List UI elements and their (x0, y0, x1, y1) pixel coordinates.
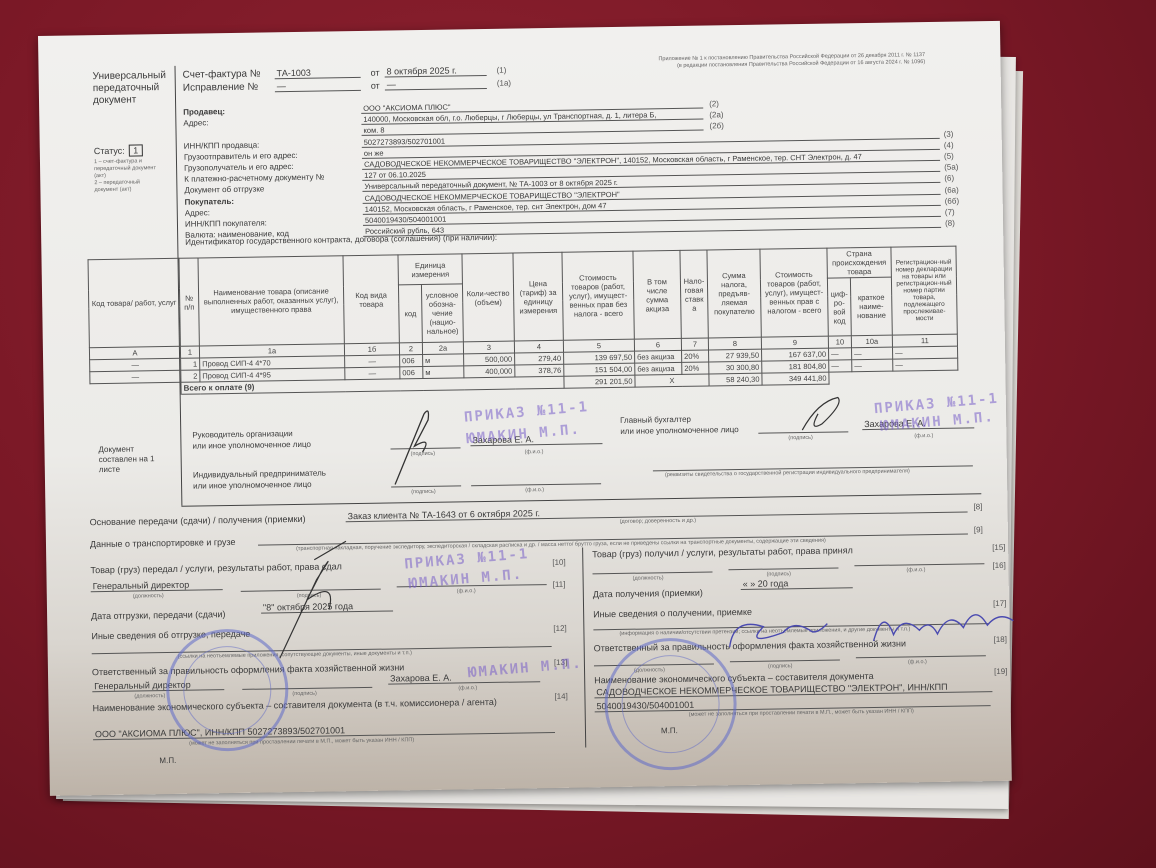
receive-date-label: Дата получения (приемки) (593, 588, 703, 600)
field-code: (2а) (709, 110, 723, 119)
sign-hint: (подпись) (768, 663, 793, 669)
chief-accountant-signature-icon (798, 393, 849, 434)
col-country-name: краткое наиме-нование (850, 277, 892, 336)
fio-hint: (ф.и.о.) (525, 487, 544, 493)
column-number: 4 (514, 340, 563, 353)
receive-date-value: « » 20 года (741, 577, 853, 590)
status-value: 1 (129, 144, 143, 156)
col-unit-code: код (398, 285, 422, 343)
cell-price: 279,40 (515, 352, 564, 365)
field-code: [14] (554, 692, 567, 701)
field-code: (3) (944, 129, 954, 138)
cell-price: 378,76 (515, 364, 564, 377)
handed-signature-icon (276, 539, 358, 660)
column-number: 10 (828, 336, 851, 348)
field-code: (7) (945, 208, 955, 217)
column-number: 3 (463, 341, 514, 354)
fio-hint: (ф.и.о.) (914, 433, 933, 439)
head-label: Руководитель организацииили иное уполном… (192, 428, 311, 452)
cell-qty: 500,000 (464, 353, 515, 366)
fio-hint: (ф.и.о.) (908, 659, 927, 665)
cell-tax-sum: 27 939,50 (709, 349, 762, 362)
from-label: от (371, 81, 380, 91)
col-reg-no: Регистрацион-ный номер декларации на тов… (891, 246, 957, 335)
column-number: 9 (761, 336, 828, 349)
column-number: 8 (708, 337, 761, 350)
cell-unit-name: м (423, 366, 464, 379)
col-cost-with-tax: Стоимость товаров (работ, услуг), имущес… (760, 248, 828, 337)
sign-hint: (подпись) (411, 489, 436, 495)
fio-hint: (ф.и.о.) (458, 685, 477, 691)
cell-cost-no-tax: 151 504,00 (564, 363, 635, 376)
col-row-no: № п/п (179, 258, 199, 346)
field-code: [15] (992, 543, 1005, 552)
field-code: (6б) (945, 196, 959, 205)
column-number: 6 (634, 338, 681, 351)
column-number: 1б (344, 343, 399, 356)
basis-label: Основание передачи (сдачи) / получения (… (90, 514, 306, 527)
cell-unit-code: 006 (400, 354, 423, 366)
column-number: 1 (180, 346, 199, 358)
doc-sheets-note: Документсоставлен на 1листе (98, 444, 154, 475)
cell-reg-no: — (892, 346, 957, 359)
cell-kind-code: — (345, 355, 400, 368)
column-number: 2а (422, 342, 463, 355)
center-divider (582, 548, 586, 748)
requisite-label: Документ об отгрузке (184, 185, 264, 195)
cell-unit-code: 006 (400, 366, 423, 378)
requisite-label: Грузополучатель и его адрес: (184, 162, 294, 173)
field-code: (4) (944, 140, 954, 149)
cell-excise: без акциза (635, 350, 682, 363)
field-code: (8) (945, 219, 955, 228)
cell-row-no: 2 (181, 370, 200, 382)
col-price: Цена (тариф) за единицу измерения (513, 252, 563, 341)
field-code: (2б) (709, 122, 723, 131)
total-cost-with-tax: 349 441,80 (762, 372, 829, 385)
total-excise: Х (635, 374, 709, 387)
requisite-label: ИНН/КПП продавца: (184, 140, 260, 150)
field-code: [11] (553, 580, 566, 589)
col-unit-name: условное обозна-чение (нацио-нальное) (421, 284, 463, 343)
invoice-date: 8 октября 2025 г. (385, 65, 487, 78)
ip-name-line (471, 483, 601, 486)
transport-label: Данные о транспортировке и грузе (90, 537, 236, 549)
status-label: Статус: (94, 146, 125, 156)
col-country: Страна происхождения товара (827, 247, 891, 278)
col-tax-rate: Нало-говая ставк а (680, 250, 708, 338)
field-code: [8] (973, 502, 982, 511)
column-number: 5 (563, 339, 634, 352)
field-code: (5) (944, 152, 954, 161)
column-number: 11 (892, 334, 957, 347)
field-code: (1а) (497, 79, 511, 88)
field-code: (6) (944, 174, 954, 183)
status-legend: 1 – счет-фактура ипередаточный документ(… (94, 158, 156, 194)
received-label: Товар (груз) получил / услуги, результат… (592, 545, 853, 559)
correction-label: Исправление № (183, 82, 259, 94)
cell-cost-with-tax: 167 637,00 (762, 348, 829, 361)
cell-country-code: — (829, 348, 852, 360)
field-code: (5а) (944, 163, 958, 172)
cell-cost-no-tax: 139 697,50 (564, 351, 635, 364)
requisite-label: Покупатель: (185, 197, 235, 207)
field-code: [12] (553, 624, 566, 633)
from-label: от (371, 68, 380, 78)
cell-row-no: 1 (181, 358, 200, 370)
total-cost-no-tax: 291 201,50 (564, 375, 635, 388)
correction-number: — (275, 80, 361, 92)
buyer-round-seal (604, 637, 738, 771)
field-code: (2) (709, 99, 719, 108)
requisite-label: ИНН/КПП покупателя: (185, 218, 267, 228)
appendix-note: Приложение № 1 к постановлению Правитель… (658, 52, 925, 70)
received-signature-line (728, 567, 838, 570)
goods-table: Код товара/ работ, услуг № п/п Наименова… (88, 246, 959, 397)
requisite-label: Грузоотправитель и его адрес: (184, 151, 298, 162)
total-tax-sum: 58 240,30 (709, 373, 762, 386)
basis-hint: (договор; доверенность и др.) (620, 518, 697, 525)
fio-hint: (ф.и.о.) (525, 449, 544, 455)
requisite-label: Продавец: (183, 107, 225, 117)
sign-hint: (подпись) (767, 571, 792, 577)
correction-date: — (385, 78, 487, 91)
col-country-code: циф-ро-вой код (827, 278, 851, 336)
received-name-line (854, 563, 984, 566)
cell-tax-rate: 20% (682, 350, 709, 362)
cell-country-name: — (851, 347, 892, 360)
received-position-line (593, 571, 713, 574)
sign-hint: (подпись) (292, 691, 317, 697)
cell-qty: 400,000 (464, 365, 515, 378)
upd-document: Универсальный передаточный документ Счет… (38, 21, 1012, 796)
col-unit: Единица измерения (398, 254, 462, 285)
cell-reg-no: — (893, 358, 958, 371)
entity-value: ООО "АКСИОМА ПЛЮС", ИНН/КПП 5027273893/5… (93, 722, 555, 740)
seal-place: М.П. (159, 756, 176, 765)
fio-hint: (ф.и.о.) (457, 588, 476, 594)
chief-accountant-label: Главный бухгалтерили иное уполномоченное… (620, 413, 739, 437)
requisite-label: Адрес: (185, 208, 210, 217)
col-tax-sum: Сумма налога, предъяв-ляемая покупателю (707, 249, 761, 338)
handed-position: Генеральный директор (91, 579, 223, 592)
col-kind-code: Код вида товара (343, 255, 399, 344)
position-hint: (должность) (134, 693, 165, 699)
field-code: [16] (992, 561, 1005, 570)
cell-tax-rate: 20% (682, 362, 709, 374)
requisite-label: К платежно-расчетному документу № (184, 173, 324, 184)
col-qty: Коли-чество (объем) (462, 253, 514, 342)
cell-unit-name: м (423, 354, 464, 367)
col-excise: В том числе сумма акциза (633, 250, 681, 339)
col-name: Наименование товара (описание выполненны… (198, 256, 344, 346)
ship-date-label: Дата отгрузки, передачи (сдачи) (91, 609, 226, 621)
col-product-code: Код товара/ работ, услуг (88, 258, 180, 347)
position-hint: (должность) (133, 593, 164, 599)
column-number: 2 (399, 343, 422, 355)
field-code: [9] (974, 525, 983, 534)
position-hint: (должность) (633, 575, 664, 581)
requisites-block: Продавец:ООО "АКСИОМА ПЛЮС"(2)Адрес:1400… (38, 21, 1000, 36)
cell-tax-sum: 30 300,80 (709, 361, 762, 374)
col-cost-no-tax: Стоимость товаров (работ, услуг), имущес… (562, 251, 634, 340)
column-number: 10а (851, 335, 892, 348)
ip-label: Индивидуальный предпринимательили иное у… (193, 468, 326, 492)
receive-resp-signature-line (730, 659, 840, 662)
column-number: 7 (681, 338, 708, 350)
fio-hint: (ф.и.о.) (906, 567, 925, 573)
cell-country-code: — (829, 360, 852, 372)
status-field: Статус:1 (94, 144, 143, 157)
cell-cost-with-tax: 181 804,80 (762, 360, 829, 373)
invoice-label: Счет-фактура № (183, 69, 261, 81)
head-signature-icon (384, 406, 445, 487)
field-code: [19] (994, 667, 1007, 676)
field-code: [10] (552, 558, 565, 567)
cell-excise: без акциза (635, 362, 682, 375)
field-code: (1) (497, 66, 507, 75)
cell-kind-code: — (345, 367, 400, 380)
receive-resp-name-line (856, 655, 986, 658)
receiver-signature-icon (723, 593, 1024, 658)
sign-hint: (подпись) (788, 435, 813, 441)
requisite-label: Адрес: (183, 119, 208, 128)
doc-type-title: Универсальный передаточный документ (93, 70, 167, 107)
entity-label: Наименование экономического субъекта – с… (92, 697, 496, 713)
field-code: (6а) (944, 185, 958, 194)
cell-country-name: — (852, 359, 893, 372)
invoice-number: ТА-1003 (275, 67, 361, 79)
